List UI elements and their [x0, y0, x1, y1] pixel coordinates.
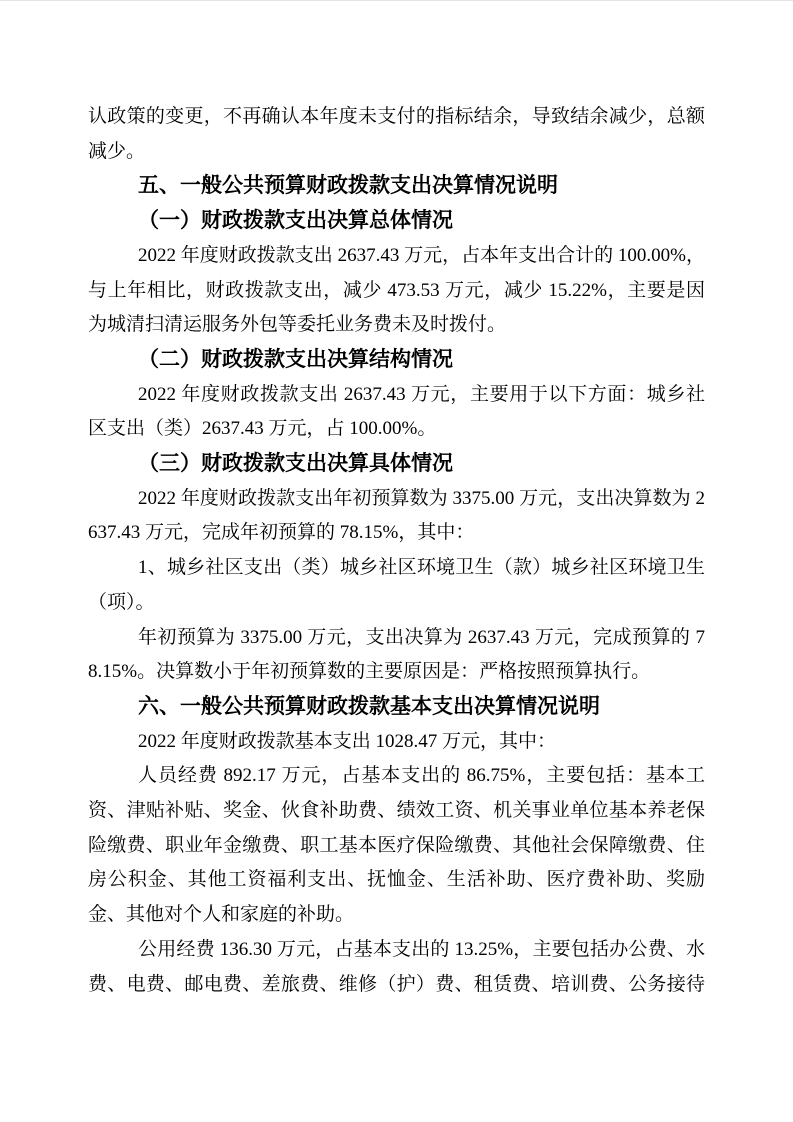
paragraph: 2022 年度财政拨款支出 2637.43 万元，占本年支出合计的 100.00…	[88, 239, 705, 343]
paragraph: 认政策的变更，不再确认本年度未支付的指标结余，导致结余减少，总额减少。	[88, 100, 705, 169]
section-heading: 六、一般公共预算财政拨款基本支出决算情况说明	[88, 690, 705, 725]
paragraph: 1、城乡社区支出（类）城乡社区环境卫生（款）城乡社区环境卫生（项）。	[88, 551, 705, 620]
document-page: 认政策的变更，不再确认本年度未支付的指标结余，导致结余减少，总额减少。 五、一般…	[0, 0, 793, 1122]
paragraph: 公用经费 136.30 万元，占基本支出的 13.25%，主要包括办公费、水费、…	[88, 933, 705, 1002]
subsection-heading: （三）财政拨款支出决算具体情况	[88, 447, 705, 482]
subsection-heading: （一）财政拨款支出决算总体情况	[88, 204, 705, 239]
paragraph: 人员经费 892.17 万元，占基本支出的 86.75%，主要包括：基本工资、津…	[88, 759, 705, 933]
paragraph: 2022 年度财政拨款支出 2637.43 万元，主要用于以下方面：城乡社区支出…	[88, 378, 705, 447]
subsection-heading: （二）财政拨款支出决算结构情况	[88, 343, 705, 378]
section-heading: 五、一般公共预算财政拨款支出决算情况说明	[88, 169, 705, 204]
paragraph: 2022 年度财政拨款支出年初预算数为 3375.00 万元，支出决算数为 26…	[88, 482, 705, 551]
paragraph: 2022 年度财政拨款基本支出 1028.47 万元，其中：	[88, 725, 705, 760]
paragraph: 年初预算为 3375.00 万元，支出决算为 2637.43 万元，完成预算的 …	[88, 621, 705, 690]
